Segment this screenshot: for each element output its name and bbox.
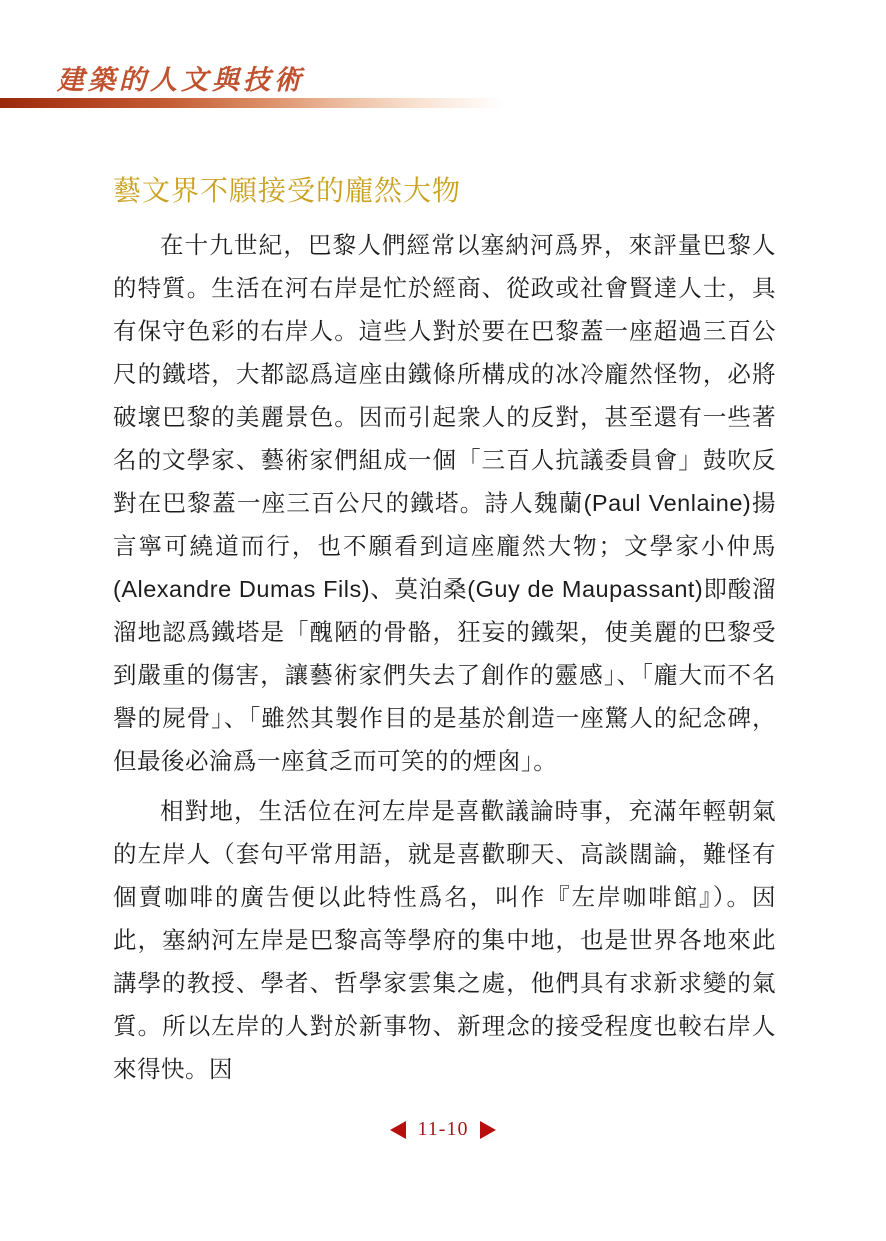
document-page: 建築的人文與技術 藝文界不願接受的龐然大物 在十九世紀，巴黎人們經常以塞納河爲界… [0,0,886,1241]
body-paragraph: 在十九世紀，巴黎人們經常以塞納河爲界，來評量巴黎人的特質。生活在河右岸是忙於經商… [113,224,776,783]
page-number: 11-10 [418,1118,469,1141]
page-footer: 11-10 [0,1118,886,1141]
next-page-triangle-icon [480,1121,496,1139]
header-divider-rule [0,98,700,108]
main-text-block: 藝文界不願接受的龐然大物 在十九世紀，巴黎人們經常以塞納河爲界，來評量巴黎人的特… [113,174,776,1091]
prev-page-triangle-icon [390,1121,406,1139]
book-header-title: 建築的人文與技術 [57,58,305,97]
section-heading: 藝文界不願接受的龐然大物 [113,174,776,210]
body-paragraph: 相對地，生活位在河左岸是喜歡議論時事，充滿年輕朝氣的左岸人（套句平常用語，就是喜… [113,790,776,1091]
